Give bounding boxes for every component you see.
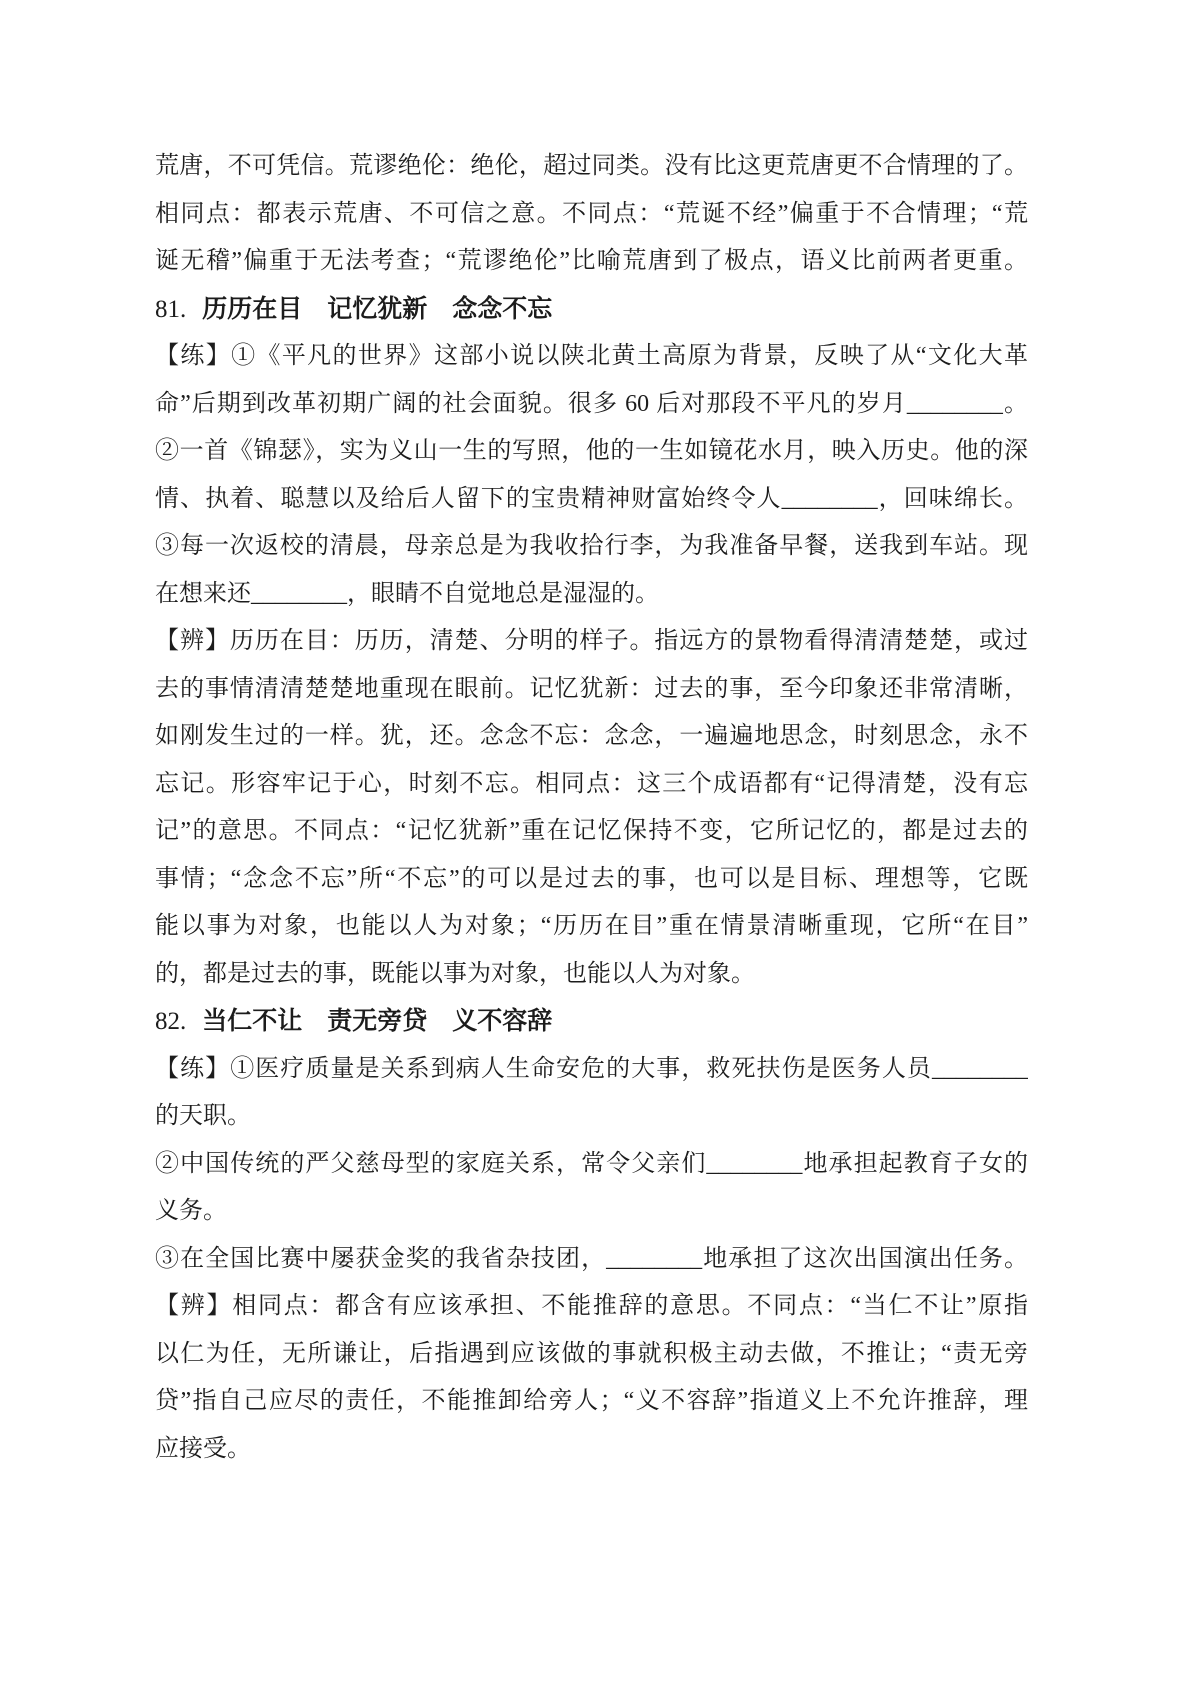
section-heading: 81.历历在目 记忆犹新 念念不忘 [155, 286, 1028, 334]
text-line: ②一首《锦瑟》，实为义山一生的写照，他的一生如镜花水月，映入历史。他的深 [155, 428, 1028, 476]
text-line: 如刚发生过的一样。犹，还。念念不忘：念念，一遍遍地思念，时刻思念，永不 [155, 713, 1028, 761]
section-heading: 82.当仁不让 责无旁贷 义不容辞 [155, 998, 1028, 1046]
text-line: 以仁为任，无所谦让，后指遇到应该做的事就积极主动去做，不推让；“责无旁 [155, 1331, 1028, 1379]
text-line: 在想来还________，眼睛不自觉地总是湿湿的。 [155, 571, 1028, 619]
text-line: 忘记。形容牢记于心，时刻不忘。相同点：这三个成语都有“记得清楚，没有忘 [155, 761, 1028, 809]
text-line: 义务。 [155, 1188, 1028, 1236]
text-line: 情、执着、聪慧以及给后人留下的宝贵精神财富始终令人________，回味绵长。 [155, 476, 1028, 524]
text-line: 的，都是过去的事，既能以事为对象，也能以人为对象。 [155, 951, 1028, 999]
text-line: 【练】①《平凡的世界》这部小说以陕北黄土高原为背景，反映了从“文化大革 [155, 333, 1028, 381]
text-line: 相同点：都表示荒唐、不可信之意。不同点：“荒诞不经”偏重于不合情理；“荒 [155, 191, 1028, 239]
text-line: 贷”指自己应尽的责任，不能推卸给旁人；“义不容辞”指道义上不允许推辞，理 [155, 1378, 1028, 1426]
document-page: 荒唐，不可凭信。荒谬绝伦：绝伦，超过同类。没有比这更荒唐更不合情理的了。相同点：… [0, 0, 1200, 1698]
text-line: ③每一次返校的清晨，母亲总是为我收拾行李，为我准备早餐，送我到车站。现 [155, 523, 1028, 571]
text-line: 【练】①医疗质量是关系到病人生命安危的大事，救死扶伤是医务人员________ [155, 1046, 1028, 1094]
text-line: 诞无稽”偏重于无法考查；“荒谬绝伦”比喻荒唐到了极点，语义比前两者更重。 [155, 238, 1028, 286]
text-line: 应接受。 [155, 1426, 1028, 1474]
text-line: 命”后期到改革初期广阔的社会面貌。很多 60 后对那段不平凡的岁月_______… [155, 381, 1028, 429]
text-line: 【辨】相同点：都含有应该承担、不能推辞的意思。不同点：“当仁不让”原指 [155, 1283, 1028, 1331]
text-line: ③在全国比赛中屡获金奖的我省杂技团，________地承担了这次出国演出任务。 [155, 1236, 1028, 1284]
text-line: 【辨】历历在目：历历，清楚、分明的样子。指远方的景物看得清清楚楚，或过 [155, 618, 1028, 666]
text-line: 的天职。 [155, 1093, 1028, 1141]
text-line: 荒唐，不可凭信。荒谬绝伦：绝伦，超过同类。没有比这更荒唐更不合情理的了。 [155, 143, 1028, 191]
text-line: 记”的意思。不同点：“记忆犹新”重在记忆保持不变，它所记忆的，都是过去的 [155, 808, 1028, 856]
section-number: 82. [155, 1008, 186, 1035]
text-line: 能以事为对象，也能以人为对象；“历历在目”重在情景清晰重现，它所“在目” [155, 903, 1028, 951]
document-body: 荒唐，不可凭信。荒谬绝伦：绝伦，超过同类。没有比这更荒唐更不合情理的了。相同点：… [155, 143, 1028, 1473]
section-idioms: 历历在目 记忆犹新 念念不忘 [202, 295, 552, 323]
section-number: 81. [155, 296, 186, 323]
text-line: 事情；“念念不忘”所“不忘”的可以是过去的事，也可以是目标、理想等，它既 [155, 856, 1028, 904]
section-idioms: 当仁不让 责无旁贷 义不容辞 [202, 1007, 552, 1035]
text-line: 去的事情清清楚楚地重现在眼前。记忆犹新：过去的事，至今印象还非常清晰， [155, 666, 1028, 714]
text-line: ②中国传统的严父慈母型的家庭关系，常令父亲们________地承担起教育子女的 [155, 1141, 1028, 1189]
